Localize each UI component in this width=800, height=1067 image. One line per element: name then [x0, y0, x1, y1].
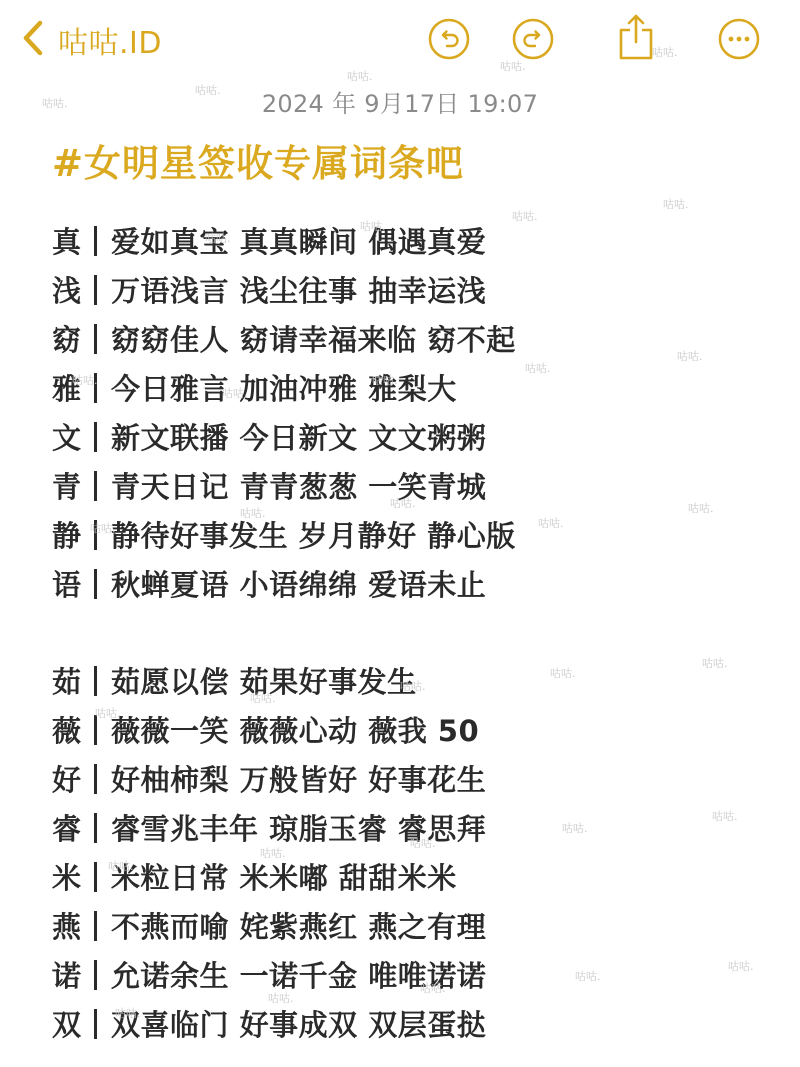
entry-separator	[94, 569, 97, 599]
watermark-text: 咕咕.	[550, 665, 576, 681]
entry-words: 好柚柿梨 万般皆好 好事花生	[111, 758, 486, 799]
entry-words: 秋蝉夏语 小语绵绵 爱语未止	[111, 563, 486, 604]
entry-separator	[94, 471, 97, 501]
entry-separator	[94, 764, 97, 794]
entry-separator	[94, 226, 97, 256]
entry-key: 睿	[52, 807, 90, 848]
entry-row: 真爱如真宝 真真瞬间 偶遇真爱	[52, 216, 516, 265]
entry-row: 诺允诺余生 一诺千金 唯唯诺诺	[52, 950, 516, 999]
entry-key: 文	[52, 416, 90, 457]
more-icon	[718, 18, 760, 60]
entry-words: 双喜临门 好事成双 双层蛋挞	[111, 1003, 486, 1044]
entry-words: 睿雪兆丰年 琼脂玉睿 睿思拜	[111, 807, 486, 848]
entry-key: 米	[52, 856, 90, 897]
entry-words: 允诺余生 一诺千金 唯唯诺诺	[111, 954, 486, 995]
entry-row: 文新文联播 今日新文 文文粥粥	[52, 412, 516, 461]
note-date-text: 2024 年 9月17日 19:07	[262, 84, 538, 119]
entry-row: 茹茹愿以偿 茹果好事发生	[52, 656, 516, 705]
entry-separator	[94, 422, 97, 452]
back-button[interactable]: 咕咕.ID	[22, 18, 162, 62]
entry-key: 雅	[52, 367, 90, 408]
entry-row: 薇薇薇一笑 薇薇心动 薇我 50	[52, 705, 516, 754]
entry-key: 双	[52, 1003, 90, 1044]
blank-line	[52, 608, 516, 656]
watermark-text: 咕咕.	[677, 348, 703, 364]
entry-row: 静静待好事发生 岁月静好 静心版	[52, 510, 516, 559]
entry-words: 不燕而喻 姹紫燕红 燕之有理	[111, 905, 486, 946]
watermark-text: 咕咕.	[512, 208, 538, 224]
entry-words: 薇薇一笑 薇薇心动 薇我 50	[111, 709, 479, 750]
watermark-text: 咕咕.	[688, 500, 714, 516]
entry-row: 米米粒日常 米米嘟 甜甜米米	[52, 852, 516, 901]
entry-words: 青天日记 青青葱葱 一笑青城	[111, 465, 486, 506]
top-toolbar: 咕咕.ID	[0, 0, 800, 80]
entry-key: 诺	[52, 954, 90, 995]
notes-page: 咕咕.ID	[0, 0, 800, 1067]
entry-separator	[94, 715, 97, 745]
entry-key: 茹	[52, 660, 90, 701]
entry-row: 双双喜临门 好事成双 双层蛋挞	[52, 999, 516, 1048]
entry-key: 静	[52, 514, 90, 555]
undo-icon	[428, 18, 470, 60]
entry-row: 浅万语浅言 浅尘往事 抽幸运浅	[52, 265, 516, 314]
entry-row: 雅今日雅言 加油冲雅 雅梨大	[52, 363, 516, 412]
entry-separator	[94, 324, 97, 354]
watermark-text: 咕咕.	[663, 196, 689, 212]
note-body[interactable]: 真爱如真宝 真真瞬间 偶遇真爱浅万语浅言 浅尘往事 抽幸运浅窈窈窈佳人 窈请幸福…	[52, 216, 516, 1048]
entry-group-2: 茹茹愿以偿 茹果好事发生薇薇薇一笑 薇薇心动 薇我 50好好柚柿梨 万般皆好 好…	[52, 656, 516, 1048]
entry-key: 青	[52, 465, 90, 506]
entry-row: 睿睿雪兆丰年 琼脂玉睿 睿思拜	[52, 803, 516, 852]
share-button[interactable]	[616, 12, 656, 62]
watermark-text: 咕咕.	[525, 360, 551, 376]
entry-words: 新文联播 今日新文 文文粥粥	[111, 416, 486, 457]
redo-icon	[512, 18, 554, 60]
entry-words: 今日雅言 加油冲雅 雅梨大	[111, 367, 457, 408]
more-button[interactable]	[718, 18, 760, 60]
watermark-text: 咕咕.	[575, 968, 601, 984]
entry-words: 万语浅言 浅尘往事 抽幸运浅	[111, 269, 486, 310]
watermark-text: 咕咕.	[702, 655, 728, 671]
entry-separator	[94, 275, 97, 305]
entry-group-1: 真爱如真宝 真真瞬间 偶遇真爱浅万语浅言 浅尘往事 抽幸运浅窈窈窈佳人 窈请幸福…	[52, 216, 516, 608]
note-date: 2024 年 9月17日 19:07	[0, 84, 800, 119]
entry-words: 茹愿以偿 茹果好事发生	[111, 660, 417, 701]
entry-separator	[94, 813, 97, 843]
entry-row: 青青天日记 青青葱葱 一笑青城	[52, 461, 516, 510]
watermark-text: 咕咕.	[538, 515, 564, 531]
entry-separator	[94, 1009, 97, 1039]
entry-words: 静待好事发生 岁月静好 静心版	[111, 514, 516, 555]
entry-row: 语秋蝉夏语 小语绵绵 爱语未止	[52, 559, 516, 608]
back-label: 咕咕.ID	[58, 18, 162, 62]
entry-key: 窈	[52, 318, 90, 359]
entry-separator	[94, 960, 97, 990]
entry-row: 窈窈窈佳人 窈请幸福来临 窈不起	[52, 314, 516, 363]
undo-button[interactable]	[428, 18, 470, 60]
entry-words: 爱如真宝 真真瞬间 偶遇真爱	[111, 220, 486, 261]
entry-separator	[94, 666, 97, 696]
redo-button[interactable]	[512, 18, 554, 60]
entry-separator	[94, 373, 97, 403]
watermark-text: 咕咕.	[562, 820, 588, 836]
entry-separator	[94, 911, 97, 941]
share-icon	[616, 12, 656, 62]
entry-separator	[94, 520, 97, 550]
entry-key: 燕	[52, 905, 90, 946]
entry-words: 窈窈佳人 窈请幸福来临 窈不起	[111, 318, 516, 359]
entry-row: 燕不燕而喻 姹紫燕红 燕之有理	[52, 901, 516, 950]
watermark-text: 咕咕.	[728, 958, 754, 974]
entry-words: 米粒日常 米米嘟 甜甜米米	[111, 856, 457, 897]
entry-key: 语	[52, 563, 90, 604]
chevron-left-icon	[22, 20, 44, 60]
note-title: #女明星签收专属词条吧	[52, 133, 464, 187]
entry-key: 真	[52, 220, 90, 261]
watermark-text: 咕咕.	[712, 808, 738, 824]
entry-key: 好	[52, 758, 90, 799]
entry-key: 薇	[52, 709, 90, 750]
entry-separator	[94, 862, 97, 892]
entry-key: 浅	[52, 269, 90, 310]
entry-row: 好好柚柿梨 万般皆好 好事花生	[52, 754, 516, 803]
